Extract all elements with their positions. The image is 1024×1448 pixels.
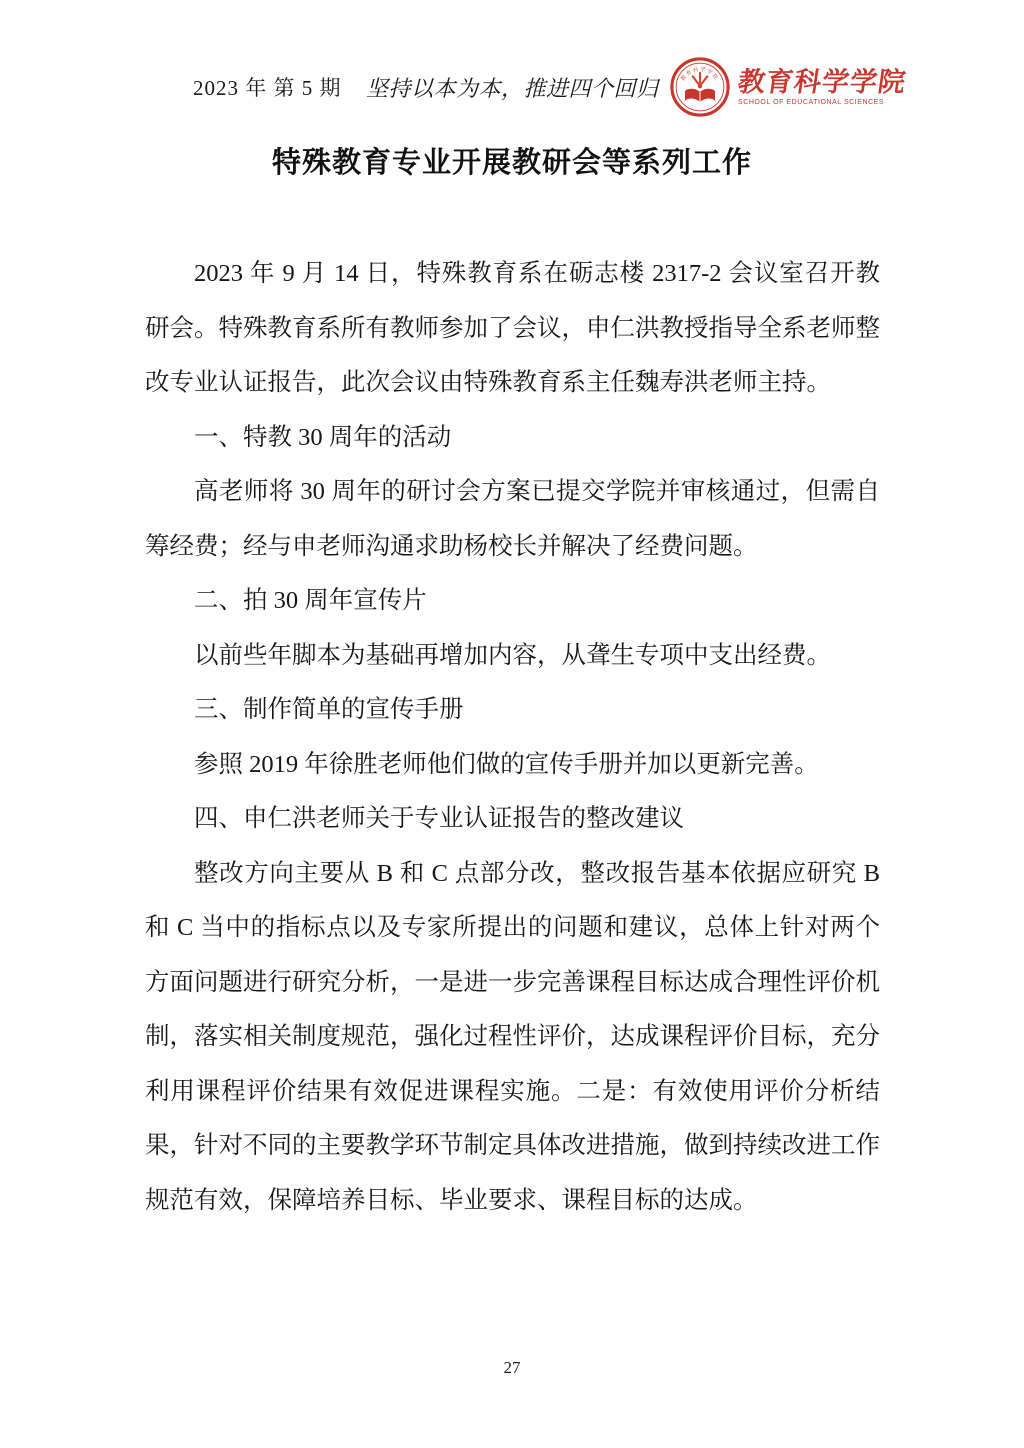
body-paragraph: 2023 年 9 月 14 日，特殊教育系在砺志楼 2317-2 会议室召开教研… — [145, 247, 880, 411]
article-body: 2023 年 9 月 14 日，特殊教育系在砺志楼 2317-2 会议室召开教研… — [145, 247, 880, 1228]
issue-label: 2023 年 第 5 期 — [193, 72, 342, 102]
article-title: 特殊教育专业开展教研会等系列工作 — [0, 140, 1024, 181]
document-page: 2023 年 第 5 期 坚持以本为本，推进四个回归 教育科学学院 — [0, 0, 1024, 1448]
page-number: 27 — [504, 1358, 521, 1377]
page-header: 2023 年 第 5 期 坚持以本为本，推进四个回归 教育科学学院 — [193, 52, 906, 122]
school-name-cn: 教育科学学院 — [736, 68, 908, 98]
body-paragraph: 整改方向主要从 B 和 C 点部分改，整改报告基本依据应研究 B 和 C 当中的… — [145, 847, 880, 1229]
body-paragraph: 三、制作简单的宣传手册 — [145, 683, 880, 738]
body-paragraph: 二、拍 30 周年宣传片 — [145, 574, 880, 629]
header-slogan: 坚持以本为本，推进四个回归 — [342, 72, 670, 103]
logo-text: 教育科学学院 SCHOOL OF EDUCATIONAL SCIENCES — [738, 68, 906, 106]
school-emblem-icon: 教育科学学院 — [669, 56, 731, 118]
body-paragraph: 一、特教 30 周年的活动 — [145, 411, 880, 466]
body-paragraph: 高老师将 30 周年的研讨会方案已提交学院并审核通过，但需自筹经费；经与申老师沟… — [145, 465, 880, 574]
body-paragraph: 以前些年脚本为基础再增加内容，从聋生专项中支出经费。 — [145, 629, 880, 684]
school-name-en: SCHOOL OF EDUCATIONAL SCIENCES — [738, 99, 884, 106]
page-footer: 27 — [0, 1358, 1024, 1378]
school-logo: 教育科学学院 教育科学学院 SCHOOL OF EDUCATIONAL SCIE… — [669, 56, 906, 118]
body-paragraph: 四、申仁洪老师关于专业认证报告的整改建议 — [145, 792, 880, 847]
body-paragraph: 参照 2019 年徐胜老师他们做的宣传手册并加以更新完善。 — [145, 738, 880, 793]
